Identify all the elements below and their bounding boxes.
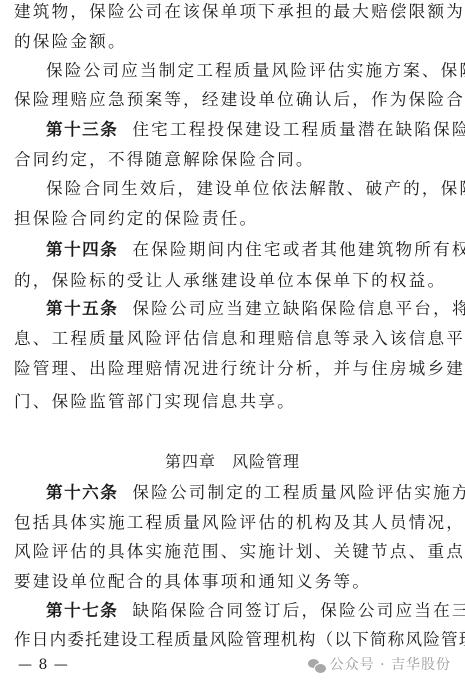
text-line: 建筑物，保险公司在该保单项下承担的最大赔偿限额为保单记载 [14,1,455,23]
text-line: 缺陷保险合同签订后，保险公司应当在三十个工 [132,601,465,620]
article-heading: 第十三条 [46,120,118,139]
text-line: 保险公司应当制定工程质量风险评估实施方案、保险告知书、 [46,60,455,82]
text-line: 在保险期间内住宅或者其他建筑物所有权转让 [132,240,465,259]
article-13-line: 第十三条住宅工程投保建设工程质量潜在缺陷保险的，依 [46,119,455,141]
text-line: 息、工程质量风险评估信息和理赔信息等录入该信息平台，对风 [14,328,455,350]
text-line: 险管理、出险理赔情况进行统计分析，并与住房城乡建设行政部 [14,358,455,380]
watermark-text: 公众号 · 吉华股份 [330,654,451,676]
text-line: 保险公司应当建立缺陷保险信息平台，将承保信 [132,299,465,318]
text-line: 的保险金额。 [14,31,455,53]
text-line: 要建设单位配合的具体事项和通知义务等。 [14,571,455,593]
chapter-number: 第四章 [165,452,216,471]
text-line: 住宅工程投保建设工程质量潜在缺陷保险的，依 [132,120,465,139]
article-heading: 第十六条 [46,483,118,502]
article-heading: 第十五条 [46,299,118,318]
text-line: 门、保险监管部门实现信息共享。 [14,391,455,413]
article-heading: 第十七条 [46,601,118,620]
text-line: 风险评估的具体实施范围、实施计划、关键节点、重点工序，需 [14,541,455,563]
text-line: 保险合同生效后，建设单位依法解散、破产的，保险公司承 [46,178,455,200]
article-15-line: 第十五条保险公司应当建立缺陷保险信息平台，将承保信 [46,298,455,320]
chapter-heading: 第四章风险管理 [0,451,465,473]
chapter-title: 风险管理 [232,452,300,471]
text-line: 合同约定，不得随意解除保险合同。 [14,149,455,171]
article-16-line: 第十六条保险公司制定的工程质量风险评估实施方案，应 [46,482,455,504]
watermark: 公众号 · 吉华股份 [308,654,451,676]
wechat-icon [308,658,326,672]
text-line: 保险理赔应急预案等，经建设单位确认后，作为保险合同的附件。 [14,89,455,111]
text-line: 作日内委托建设工程质量风险管理机构（以下简称风险管理机构） [14,629,455,651]
page-number: — 8 — [18,654,69,676]
article-heading: 第十四条 [46,240,118,259]
text-line: 担保险合同约定的保险责任。 [14,208,455,230]
article-17-line: 第十七条缺陷保险合同签订后，保险公司应当在三十个工 [46,600,455,622]
article-14-line: 第十四条在保险期间内住宅或者其他建筑物所有权转让 [46,239,455,261]
text-line: 包括具体实施工程质量风险评估的机构及其人员情况，工程质量 [14,512,455,534]
text-line: 的，保险标的受让人承继建设单位本保单下的权益。 [14,270,455,292]
text-line: 保险公司制定的工程质量风险评估实施方案，应 [132,483,465,502]
